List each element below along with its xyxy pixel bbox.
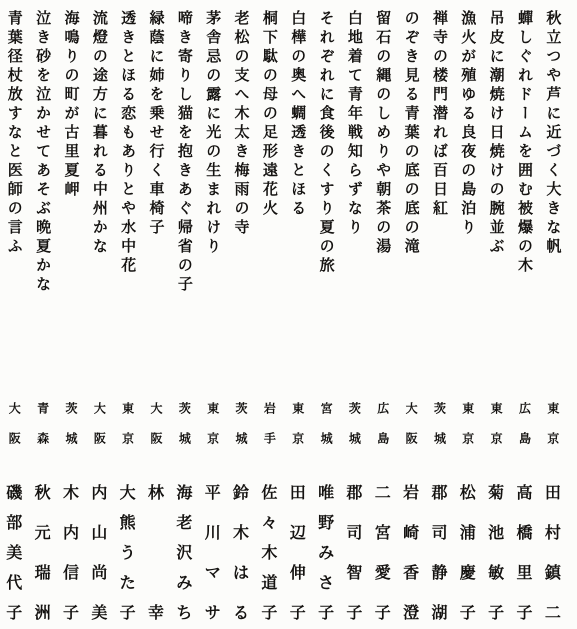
- haiku-text: 茅舎忌の露に光の生まれけり: [205, 10, 220, 257]
- scanned-haiku-page: 秋立つや芦に近づく大きな帆東京田村鎮二蟬しぐれドームを囲む被爆の木広島高橋里子吊…: [0, 0, 577, 629]
- author-name-char: 子: [6, 606, 22, 622]
- author-name-char: 内: [91, 486, 107, 502]
- prefecture-label: 茨城: [178, 402, 190, 462]
- haiku-column: 秋立つや芦に近づく大きな帆東京田村鎮二: [539, 0, 567, 629]
- haiku-text: それぞれに食後のくすり夏の旅: [319, 10, 334, 276]
- author-name-char: 愛: [375, 566, 391, 582]
- prefecture-label: 茨城: [433, 402, 445, 462]
- author-name-char: 部: [6, 516, 22, 532]
- author-name: 郡司静湖: [431, 486, 447, 622]
- author-name-char: 佐: [261, 486, 277, 502]
- author-name-char: マ: [205, 566, 221, 582]
- haiku-column: 茅舎忌の露に光の生まれけり東京平川マサ: [199, 0, 227, 629]
- haiku-column: それぞれに食後のくすり夏の旅宮城唯野みさ子: [312, 0, 340, 629]
- haiku-column: 緑蔭に姉を乗せ行く車椅子大阪林幸: [142, 0, 170, 629]
- author-name-char: 洲: [35, 606, 51, 622]
- author-name-char: 辺: [290, 526, 306, 542]
- author-name-char: 内: [63, 526, 79, 542]
- author-name-char: 田: [545, 486, 561, 502]
- prefecture-label: 宮城: [320, 402, 332, 462]
- author-name-char: 田: [290, 486, 306, 502]
- haiku-text: 漁火が殖ゆる良夜の島泊り: [460, 10, 475, 238]
- author-name-char: 宮: [375, 526, 391, 542]
- prefecture-label: 岩手: [263, 402, 275, 462]
- author-name-char: み: [318, 546, 334, 562]
- author-name-char: 子: [63, 606, 79, 622]
- author-name-char: 老: [176, 516, 192, 532]
- author-name-char: 里: [516, 566, 532, 582]
- prefecture-label: 東京: [547, 402, 559, 462]
- prefecture-label: 大阪: [8, 402, 20, 462]
- haiku-column: 白地着て青年戦知らずなり茨城郡司智子: [340, 0, 368, 629]
- prefecture-label: 東京: [462, 402, 474, 462]
- haiku-column: 海鳴りの町が古里夏岬茨城木内信子: [57, 0, 85, 629]
- author-name-char: 木: [261, 546, 277, 562]
- author-name: 佐々木道子: [261, 486, 277, 622]
- prefecture-label: 大阪: [93, 402, 105, 462]
- author-name-char: 美: [91, 606, 107, 622]
- author-name: 二宮愛子: [375, 486, 391, 622]
- author-name-char: 郡: [346, 486, 362, 502]
- author-name-char: 林: [148, 486, 164, 502]
- author-name-char: 子: [346, 606, 362, 622]
- author-name-char: 司: [346, 526, 362, 542]
- author-name-char: 信: [63, 566, 79, 582]
- haiku-text: 蟬しぐれドームを囲む被爆の木: [517, 10, 532, 276]
- author-name-char: 鎮: [545, 566, 561, 582]
- prefecture-label: 茨城: [348, 402, 360, 462]
- haiku-column: のぞき見る青葉の底の底の滝大阪岩崎香澄: [397, 0, 425, 629]
- haiku-column: 蟬しぐれドームを囲む被爆の木広島高橋里子: [510, 0, 538, 629]
- author-name-char: 敏: [488, 566, 504, 582]
- author-name-char: 子: [290, 606, 306, 622]
- author-name-char: う: [120, 546, 136, 562]
- haiku-text: 泣き砂を泣かせてあそぶ晩夏かな: [35, 10, 50, 295]
- haiku-column: 吊皮に潮焼け日焼けの腕並ぶ東京菊池敏子: [482, 0, 510, 629]
- author-name: 海老沢みち: [176, 486, 192, 622]
- author-name: 菊池敏子: [488, 486, 504, 622]
- author-name-char: 元: [35, 526, 51, 542]
- author-name-char: は: [233, 566, 249, 582]
- haiku-text: 白樺の奥へ蜩透きとほる: [290, 10, 305, 219]
- author-name-char: 道: [261, 576, 277, 592]
- prefecture-label: 大阪: [405, 402, 417, 462]
- author-name-char: 磯: [6, 486, 22, 502]
- author-name-char: 静: [431, 566, 447, 582]
- author-name-char: さ: [318, 576, 334, 592]
- author-name-char: 海: [176, 486, 192, 502]
- author-name-char: 山: [91, 526, 107, 542]
- author-name-char: 高: [516, 486, 532, 502]
- haiku-text: 禅寺の楼門潜れば百日紅: [432, 10, 447, 219]
- author-name-char: 橋: [516, 526, 532, 542]
- prefecture-label: 東京: [292, 402, 304, 462]
- haiku-columns: 秋立つや芦に近づく大きな帆東京田村鎮二蟬しぐれドームを囲む被爆の木広島高橋里子吊…: [0, 0, 577, 629]
- haiku-text: 秋立つや芦に近づく大きな帆: [545, 10, 560, 257]
- author-name-char: 伸: [290, 566, 306, 582]
- author-name: 平川マサ: [205, 486, 221, 622]
- author-name-char: 瑞: [35, 566, 51, 582]
- author-name-char: 沢: [176, 546, 192, 562]
- author-name-char: 美: [6, 546, 22, 562]
- prefecture-label: 青森: [37, 402, 49, 462]
- haiku-column: 透きとほる恋もありとや水中花東京大熊うた子: [114, 0, 142, 629]
- author-name: 林幸: [148, 486, 164, 622]
- author-name: 磯部美代子: [6, 486, 22, 622]
- prefecture-label: 茨城: [65, 402, 77, 462]
- author-name-char: 熊: [120, 516, 136, 532]
- author-name-char: 秋: [35, 486, 51, 502]
- author-name-char: 澄: [403, 606, 419, 622]
- author-name-char: 岩: [403, 486, 419, 502]
- author-name: 岩崎香澄: [403, 486, 419, 622]
- author-name: 木内信子: [63, 486, 79, 622]
- haiku-text: 緑蔭に姉を乗せ行く車椅子: [149, 10, 164, 238]
- author-name-char: 子: [460, 606, 476, 622]
- haiku-text: のぞき見る青葉の底の底の滝: [404, 10, 419, 257]
- author-name-char: 唯: [318, 486, 334, 502]
- author-name: 唯野みさ子: [318, 486, 334, 622]
- haiku-column: 啼き寄りし猫を抱きあぐ帰省の子茨城海老沢みち: [170, 0, 198, 629]
- haiku-column: 白樺の奥へ蜩透きとほる東京田辺伸子: [284, 0, 312, 629]
- haiku-text: 透きとほる恋もありとや水中花: [120, 10, 135, 276]
- author-name: 郡司智子: [346, 486, 362, 622]
- author-name: 高橋里子: [516, 486, 532, 622]
- haiku-column: 留石の縄のしめりや朝茶の湯広島二宮愛子: [369, 0, 397, 629]
- haiku-text: 流燈の途方に暮れる中州かな: [92, 10, 107, 257]
- author-name-char: 幸: [148, 606, 164, 622]
- author-name-char: 司: [431, 526, 447, 542]
- author-name: 田辺伸子: [290, 486, 306, 622]
- author-name-char: る: [233, 606, 249, 622]
- author-name-char: 平: [205, 486, 221, 502]
- haiku-text: 白地着て青年戦知らずなり: [347, 10, 362, 238]
- haiku-column: 禅寺の楼門潜れば百日紅茨城郡司静湖: [425, 0, 453, 629]
- haiku-text: 青葉径杖放すなと医師の言ふ: [7, 10, 22, 257]
- author-name-char: 木: [233, 526, 249, 542]
- author-name-char: 子: [375, 606, 391, 622]
- author-name-char: 子: [516, 606, 532, 622]
- haiku-column: 老松の支へ木太き梅雨の寺茨城鈴木はる: [227, 0, 255, 629]
- haiku-text: 啼き寄りし猫を抱きあぐ帰省の子: [177, 10, 192, 295]
- prefecture-label: 東京: [207, 402, 219, 462]
- author-name: 松浦慶子: [460, 486, 476, 622]
- prefecture-label: 広島: [377, 402, 389, 462]
- haiku-column: 泣き砂を泣かせてあそぶ晩夏かな青森秋元瑞洲: [28, 0, 56, 629]
- author-name-char: 尚: [91, 566, 107, 582]
- author-name-char: 野: [318, 516, 334, 532]
- author-name-char: 智: [346, 566, 362, 582]
- author-name: 田村鎮二: [545, 486, 561, 622]
- author-name-char: 二: [375, 486, 391, 502]
- author-name-char: ち: [176, 606, 192, 622]
- prefecture-label: 大阪: [150, 402, 162, 462]
- author-name-char: 池: [488, 526, 504, 542]
- author-name: 秋元瑞洲: [35, 486, 51, 622]
- author-name-char: 松: [460, 486, 476, 502]
- author-name-char: 崎: [403, 526, 419, 542]
- author-name-char: た: [120, 576, 136, 592]
- author-name-char: 鈴: [233, 486, 249, 502]
- prefecture-label: 茨城: [235, 402, 247, 462]
- author-name: 鈴木はる: [233, 486, 249, 622]
- author-name-char: 菊: [488, 486, 504, 502]
- author-name-char: 子: [261, 606, 277, 622]
- author-name-char: 郡: [431, 486, 447, 502]
- author-name: 大熊うた子: [120, 486, 136, 622]
- author-name-char: 々: [261, 516, 277, 532]
- author-name-char: 浦: [460, 526, 476, 542]
- author-name-char: 木: [63, 486, 79, 502]
- author-name-char: 子: [488, 606, 504, 622]
- haiku-column: 青葉径杖放すなと医師の言ふ大阪磯部美代子: [0, 0, 28, 629]
- author-name-char: 慶: [460, 566, 476, 582]
- haiku-text: 吊皮に潮焼け日焼けの腕並ぶ: [489, 10, 504, 257]
- prefecture-label: 東京: [122, 402, 134, 462]
- prefecture-label: 東京: [490, 402, 502, 462]
- haiku-text: 留石の縄のしめりや朝茶の湯: [375, 10, 390, 257]
- haiku-text: 老松の支へ木太き梅雨の寺: [234, 10, 249, 238]
- author-name: 内山尚美: [91, 486, 107, 622]
- author-name-char: 川: [205, 526, 221, 542]
- author-name-char: 香: [403, 566, 419, 582]
- author-name-char: 子: [120, 606, 136, 622]
- author-name-char: 代: [6, 576, 22, 592]
- author-name-char: 村: [545, 526, 561, 542]
- author-name-char: 湖: [431, 606, 447, 622]
- prefecture-label: 広島: [518, 402, 530, 462]
- author-name-char: み: [176, 576, 192, 592]
- haiku-text: 海鳴りの町が古里夏岬: [63, 10, 78, 200]
- author-name-char: 二: [545, 606, 561, 622]
- haiku-column: 流燈の途方に暮れる中州かな大阪内山尚美: [85, 0, 113, 629]
- author-name-char: 大: [120, 486, 136, 502]
- haiku-column: 桐下駄の母の足形遠花火岩手佐々木道子: [255, 0, 283, 629]
- author-name-char: 子: [318, 606, 334, 622]
- haiku-column: 漁火が殖ゆる良夜の島泊り東京松浦慶子: [454, 0, 482, 629]
- haiku-text: 桐下駄の母の足形遠花火: [262, 10, 277, 219]
- author-name-char: サ: [205, 606, 221, 622]
